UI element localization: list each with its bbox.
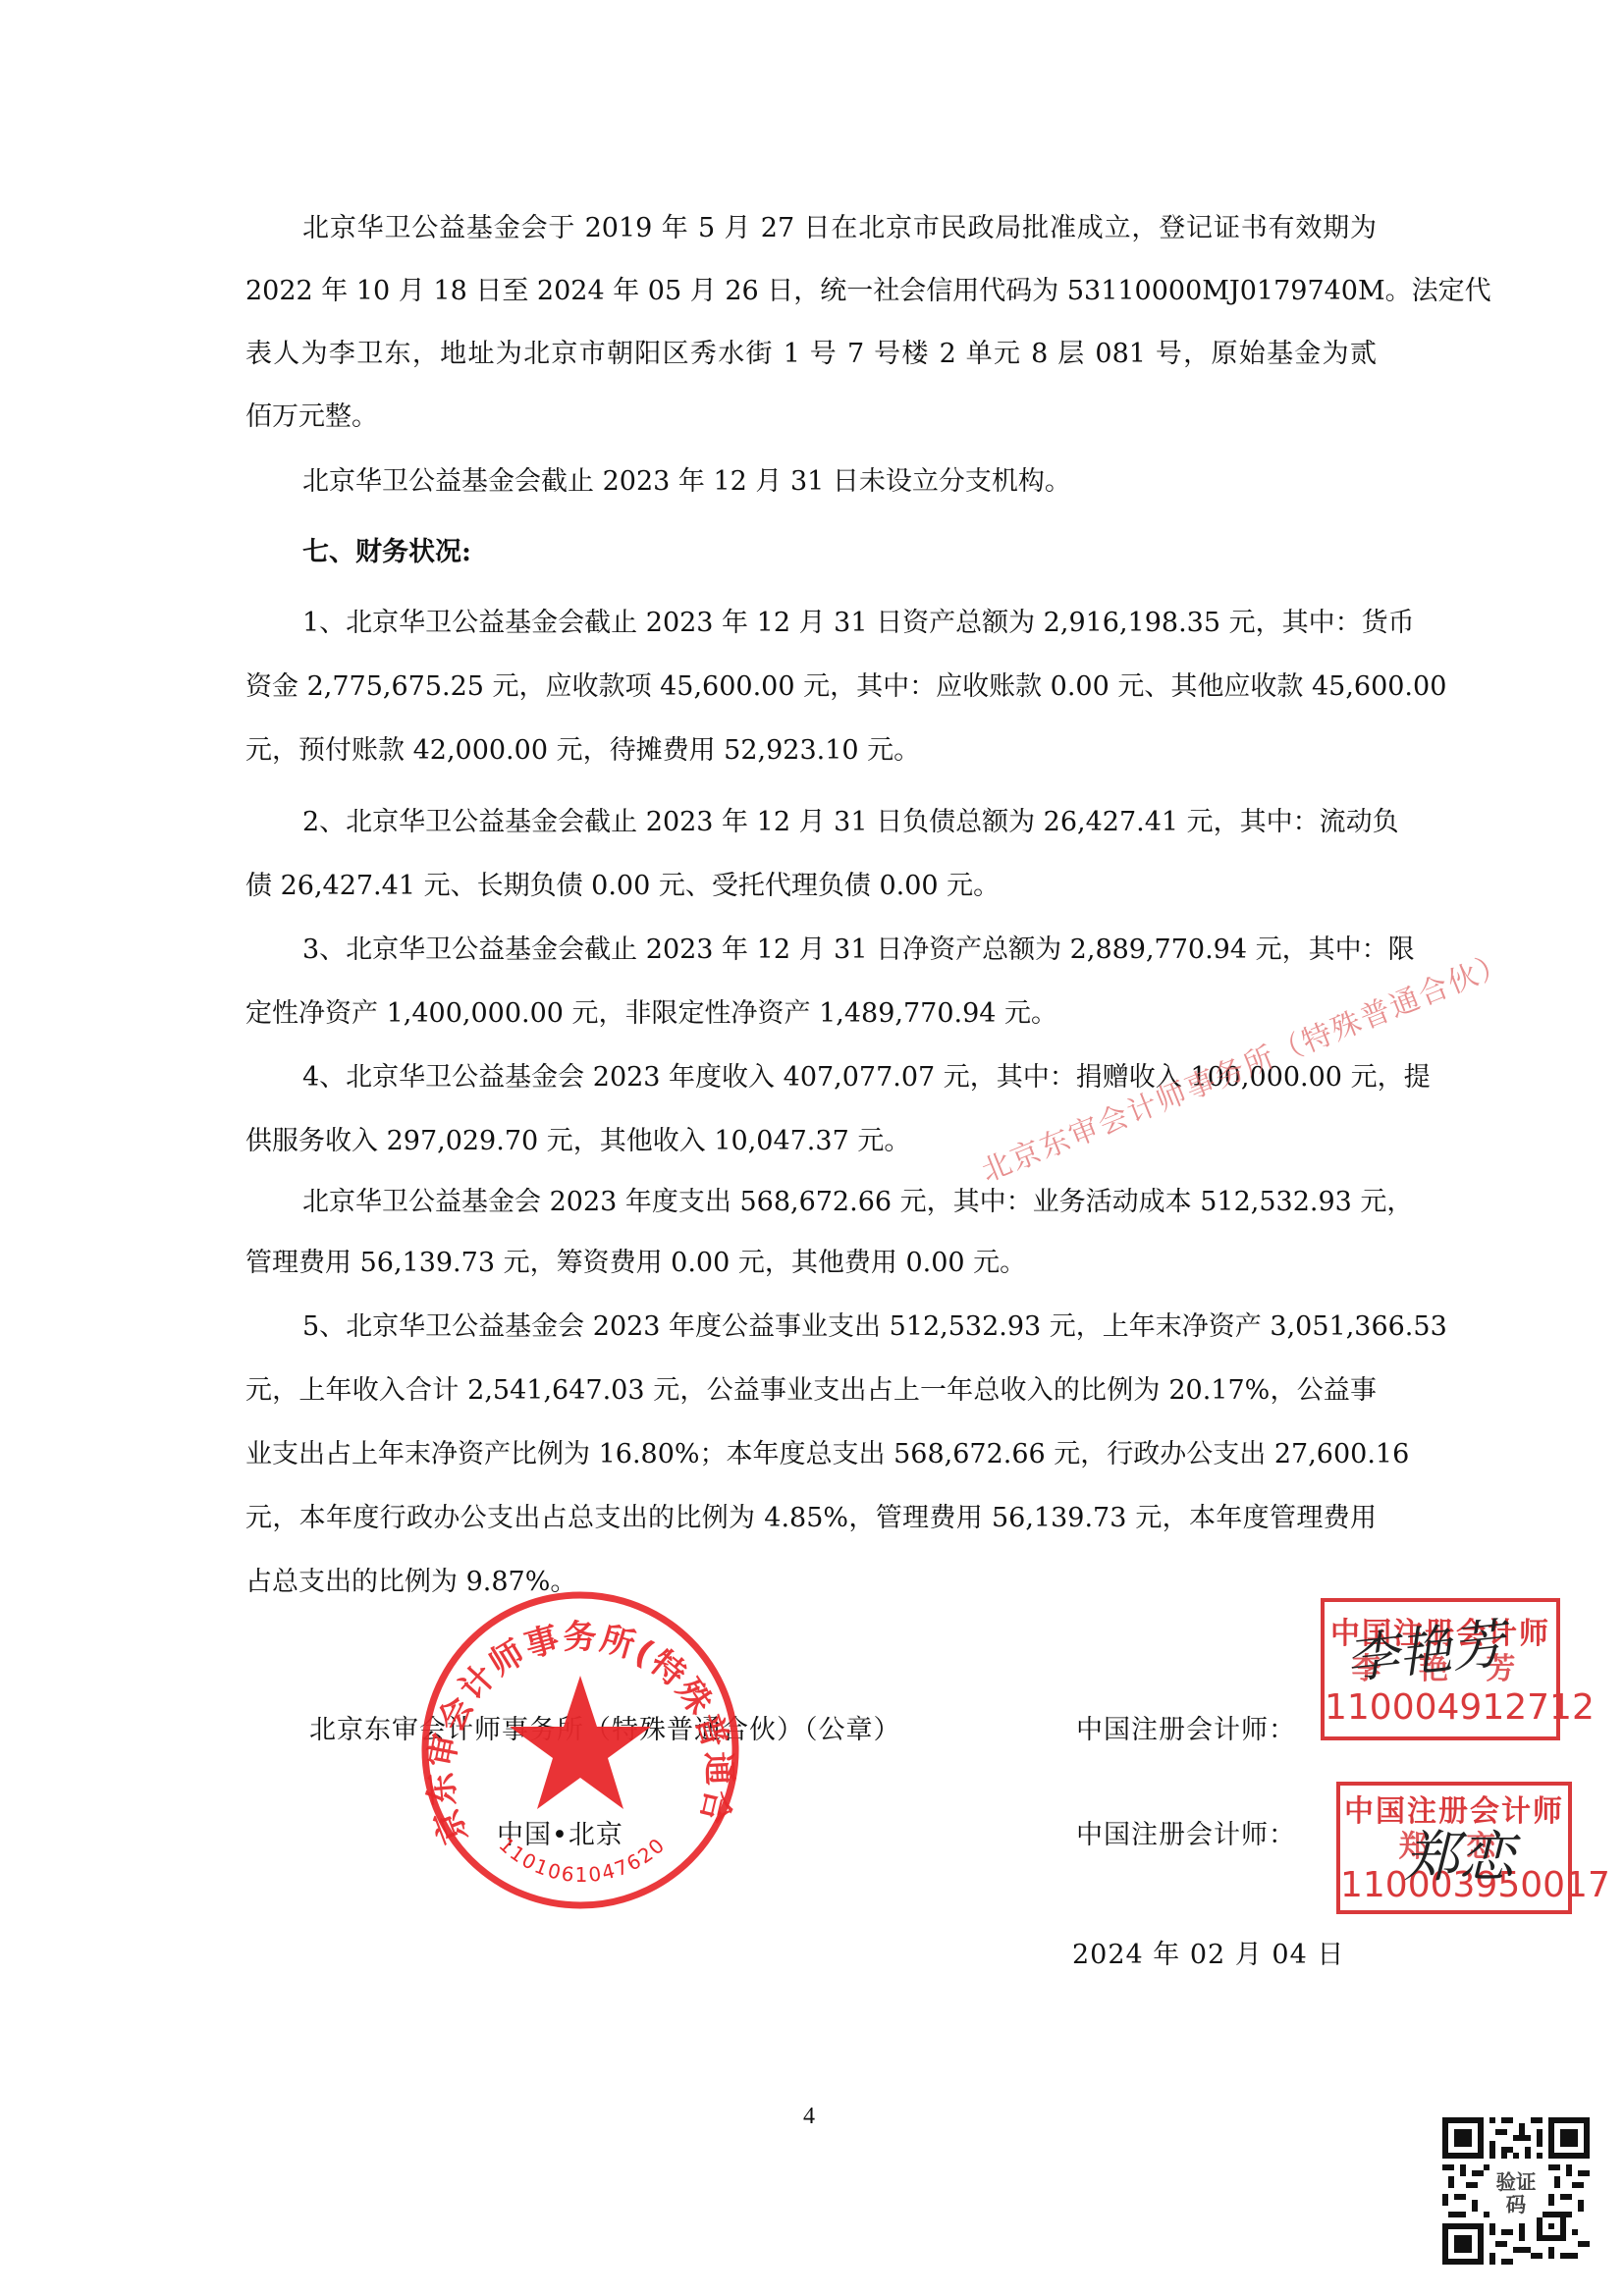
text-line: 表人为李卫东，地址为北京市朝阳区秀水街 1 号 7 号楼 2 单元 8 层 08… <box>245 335 1377 374</box>
text-line: 北京华卫公益基金会 2023 年度支出 568,672.66 元，其中：业务活动… <box>302 1183 1377 1222</box>
cpa-stamp-number: 110004912712 <box>1325 1688 1556 1728</box>
svg-text:验证: 验证 <box>1496 2170 1537 2194</box>
report-date: 2024 年 02 月 04 日 <box>1072 1936 1344 1975</box>
text-line: 1、北京华卫公益基金会截止 2023 年 12 月 31 日资产总额为 2,91… <box>302 604 1377 643</box>
text-line: 供服务收入 297,029.70 元，其他收入 10,047.37 元。 <box>245 1122 1377 1161</box>
text-line: 北京华卫公益基金会于 2019 年 5 月 27 日在北京市民政局批准成立，登记… <box>302 209 1377 248</box>
cpa-label-2: 中国注册会计师： <box>1076 1816 1296 1855</box>
text-line: 定性净资产 1,400,000.00 元，非限定性净资产 1,489,770.9… <box>245 994 1377 1034</box>
svg-text:码: 码 <box>1506 2193 1527 2216</box>
text-line: 管理费用 56,139.73 元，筹资费用 0.00 元，其他费用 0.00 元… <box>245 1244 1377 1283</box>
handwritten-signature-2: 郑恋 <box>1404 1814 1514 1893</box>
text-line: 2022 年 10 月 18 日至 2024 年 05 月 26 日，统一社会信… <box>245 272 1377 311</box>
firm-seal-icon: 北京东审会计师事务所(特殊普通合伙) 1101061047620 <box>419 1589 741 1911</box>
text-line: 元，上年收入合计 2,541,647.03 元，公益事业支出占上一年总收入的比例… <box>245 1371 1377 1411</box>
text-line: 资金 2,775,675.25 元，应收款项 45,600.00 元，其中：应收… <box>245 667 1377 707</box>
text-line: 2、北京华卫公益基金会截止 2023 年 12 月 31 日负债总额为 26,4… <box>302 803 1377 842</box>
text-line: 5、北京华卫公益基金会 2023 年度公益事业支出 512,532.93 元，上… <box>302 1308 1377 1347</box>
text-line: 占总支出的比例为 9.87%。 <box>245 1563 1377 1602</box>
page-number: 4 <box>803 2104 815 2130</box>
svg-text:1101061047620: 1101061047620 <box>494 1833 670 1887</box>
text-line: 元，预付账款 42,000.00 元，待摊费用 52,923.10 元。 <box>245 731 1377 771</box>
text-line: 元，本年度行政办公支出占总支出的比例为 4.85%，管理费用 56,139.73… <box>245 1499 1377 1538</box>
text-line: 佰万元整。 <box>245 398 1377 437</box>
section-heading: 七、财务状况: <box>302 533 1377 572</box>
text-line: 3、北京华卫公益基金会截止 2023 年 12 月 31 日净资产总额为 2,8… <box>302 931 1377 970</box>
text-line: 北京华卫公益基金会截止 2023 年 12 月 31 日未设立分支机构。 <box>302 462 1377 502</box>
verification-qr-code-icon[interactable]: 验证 码 <box>1442 2117 1590 2265</box>
text-line: 债 26,427.41 元、长期负债 0.00 元、受托代理负债 0.00 元。 <box>245 867 1377 906</box>
text-line: 业支出占上年末净资产比例为 16.80%；本年度总支出 568,672.66 元… <box>245 1435 1377 1474</box>
cpa-label-1: 中国注册会计师： <box>1076 1711 1296 1750</box>
